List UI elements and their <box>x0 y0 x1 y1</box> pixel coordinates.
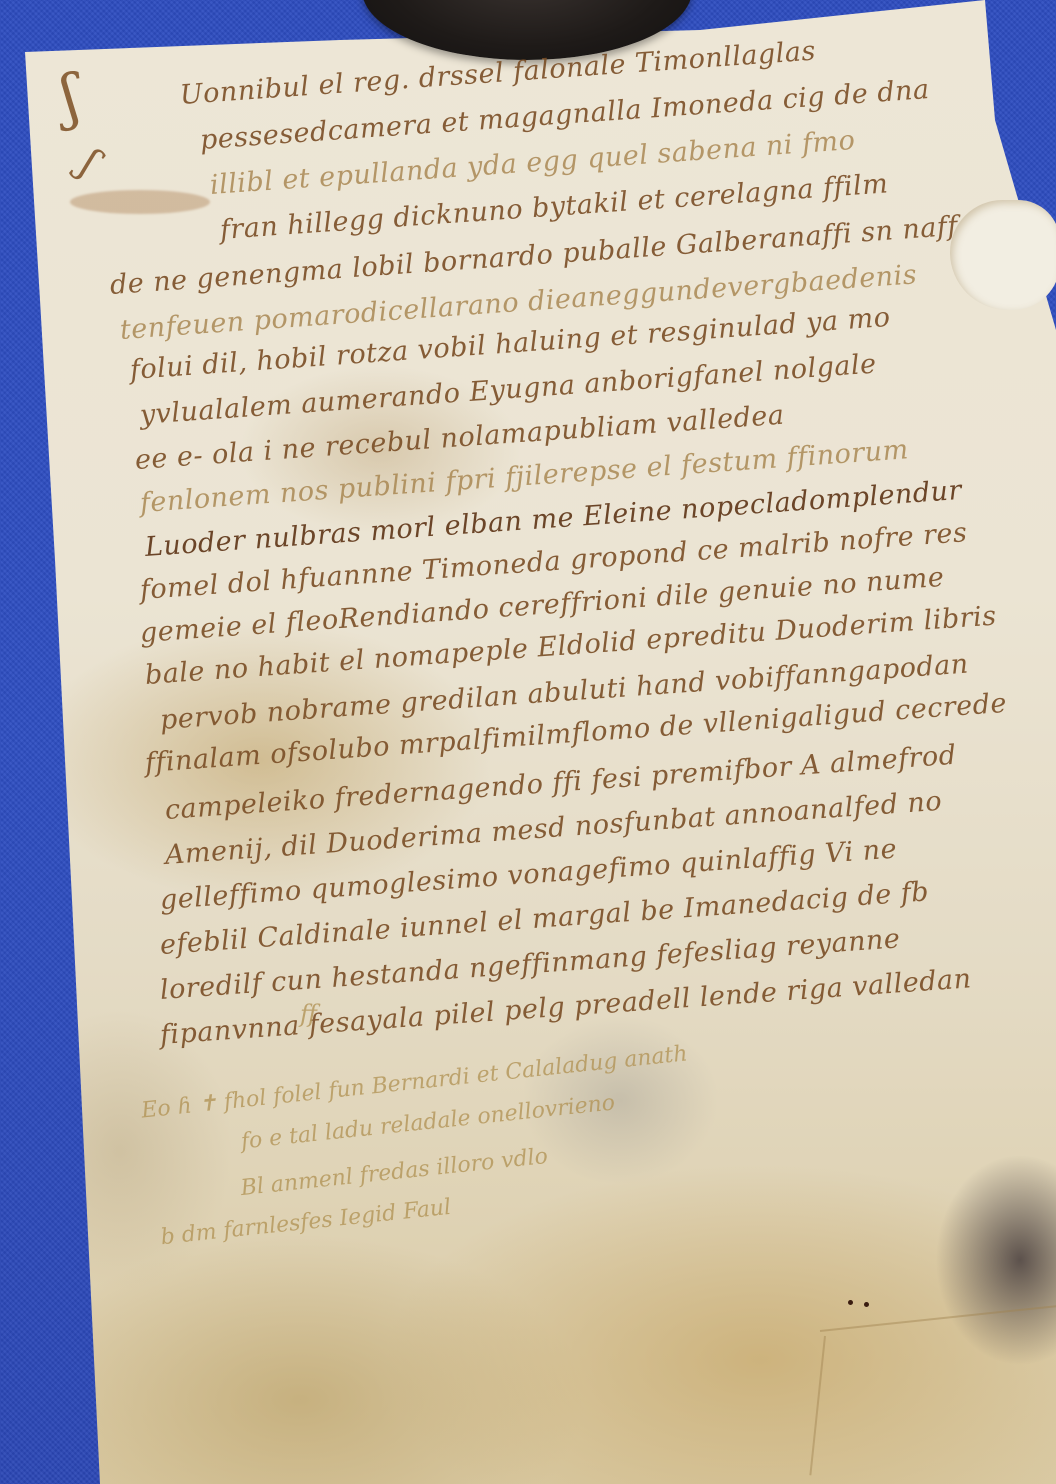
signature-line: Bl anmenl fredas illoro vdlo <box>240 1144 550 1201</box>
signature-mark: ff <box>300 1000 317 1028</box>
signature-line: b dm farnlesfes Iegid Faul <box>159 1195 452 1250</box>
margin-flourish: ʃ <box>70 142 108 184</box>
manuscript-text: ʃ ʃ Uonnibul el reg. drssel falonale Tim… <box>0 0 1056 1484</box>
initial-flourish: ʃ <box>57 61 83 133</box>
